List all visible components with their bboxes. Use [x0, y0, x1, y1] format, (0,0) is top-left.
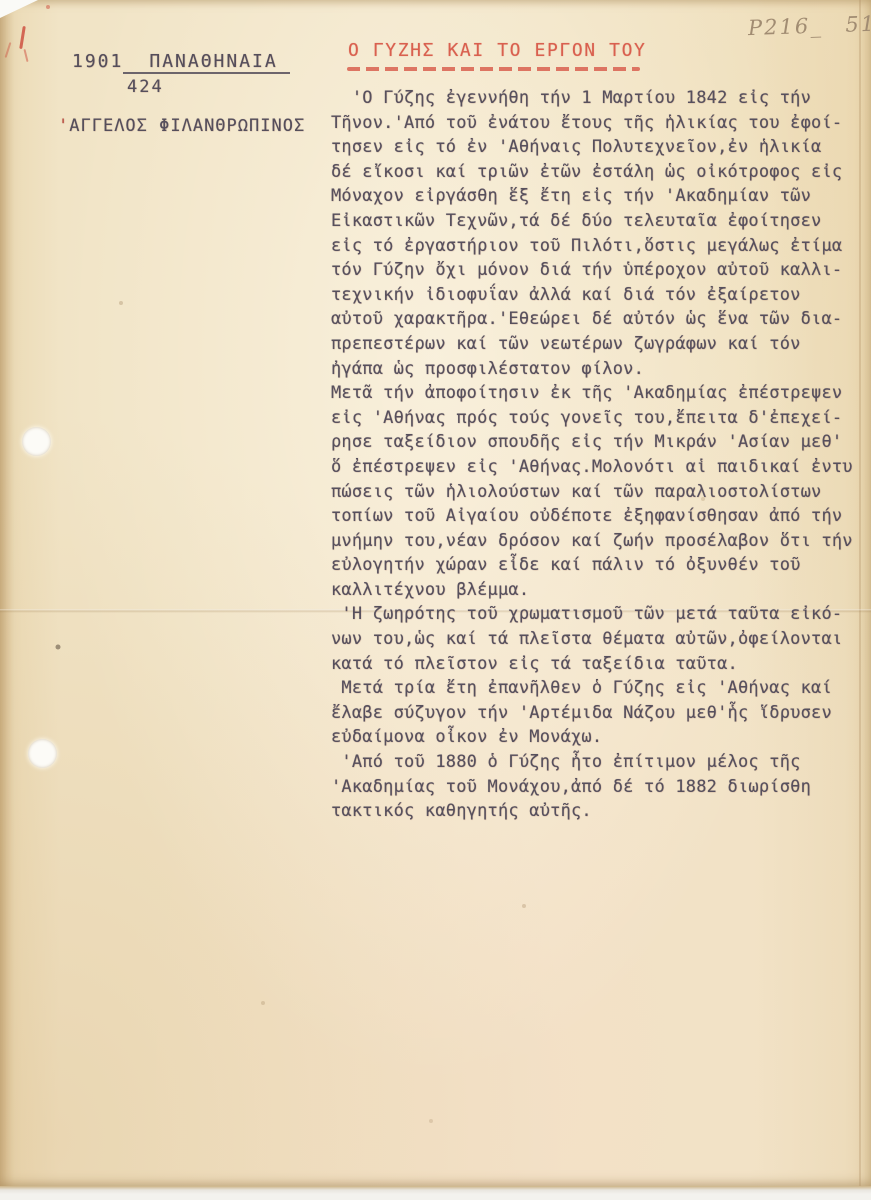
archive-code-right: 51, — [845, 11, 871, 36]
body-text: 'Ο Γύζης ἐγεννήθη τήν 1 Μαρτίου 1842 εἰς… — [331, 86, 861, 824]
author-breathing-mark: ' — [58, 116, 69, 136]
masthead-line: 1901 ΠΑΝΑΘΗΝΑΙΑ — [72, 51, 290, 74]
publication-name: ΠΑΝΑΘΗΝΑΙΑ — [149, 51, 289, 74]
punch-hole-bottom — [28, 739, 57, 768]
scanned-document: P216_ 51, 1901 ΠΑΝΑΘΗΝΑΙΑ 424 'ΑΓΓΕΛΟΣ Φ… — [0, 0, 871, 1200]
red-pen-mark — [46, 5, 50, 9]
author-name: ΑΓΓΕΛΟΣ ΦΙΛΑΝΘΡΩΠΙΝΟΣ — [69, 116, 305, 136]
title-dashed-underline — [347, 67, 640, 71]
handwritten-archive-code: P216_ 51, — [748, 12, 869, 40]
paper-specks — [0, 0, 2, 2]
document-title: Ο ΓΥΖΗΣ ΚΑΙ ΤΟ ΕΡΓΟΝ ΤΟΥ — [348, 40, 647, 61]
archive-code-left: P216_ — [748, 13, 824, 40]
scanner-corner-gap — [0, 0, 38, 18]
masthead-year: 1901 — [72, 51, 123, 72]
issue-number: 424 — [127, 77, 164, 97]
author-line: 'ΑΓΓΕΛΟΣ ΦΙΛΑΝΘΡΩΠΙΝΟΣ — [58, 116, 305, 136]
scanner-background-strip — [0, 1186, 871, 1200]
punch-hole-top — [22, 427, 51, 456]
masthead-underline-gap — [123, 51, 149, 74]
